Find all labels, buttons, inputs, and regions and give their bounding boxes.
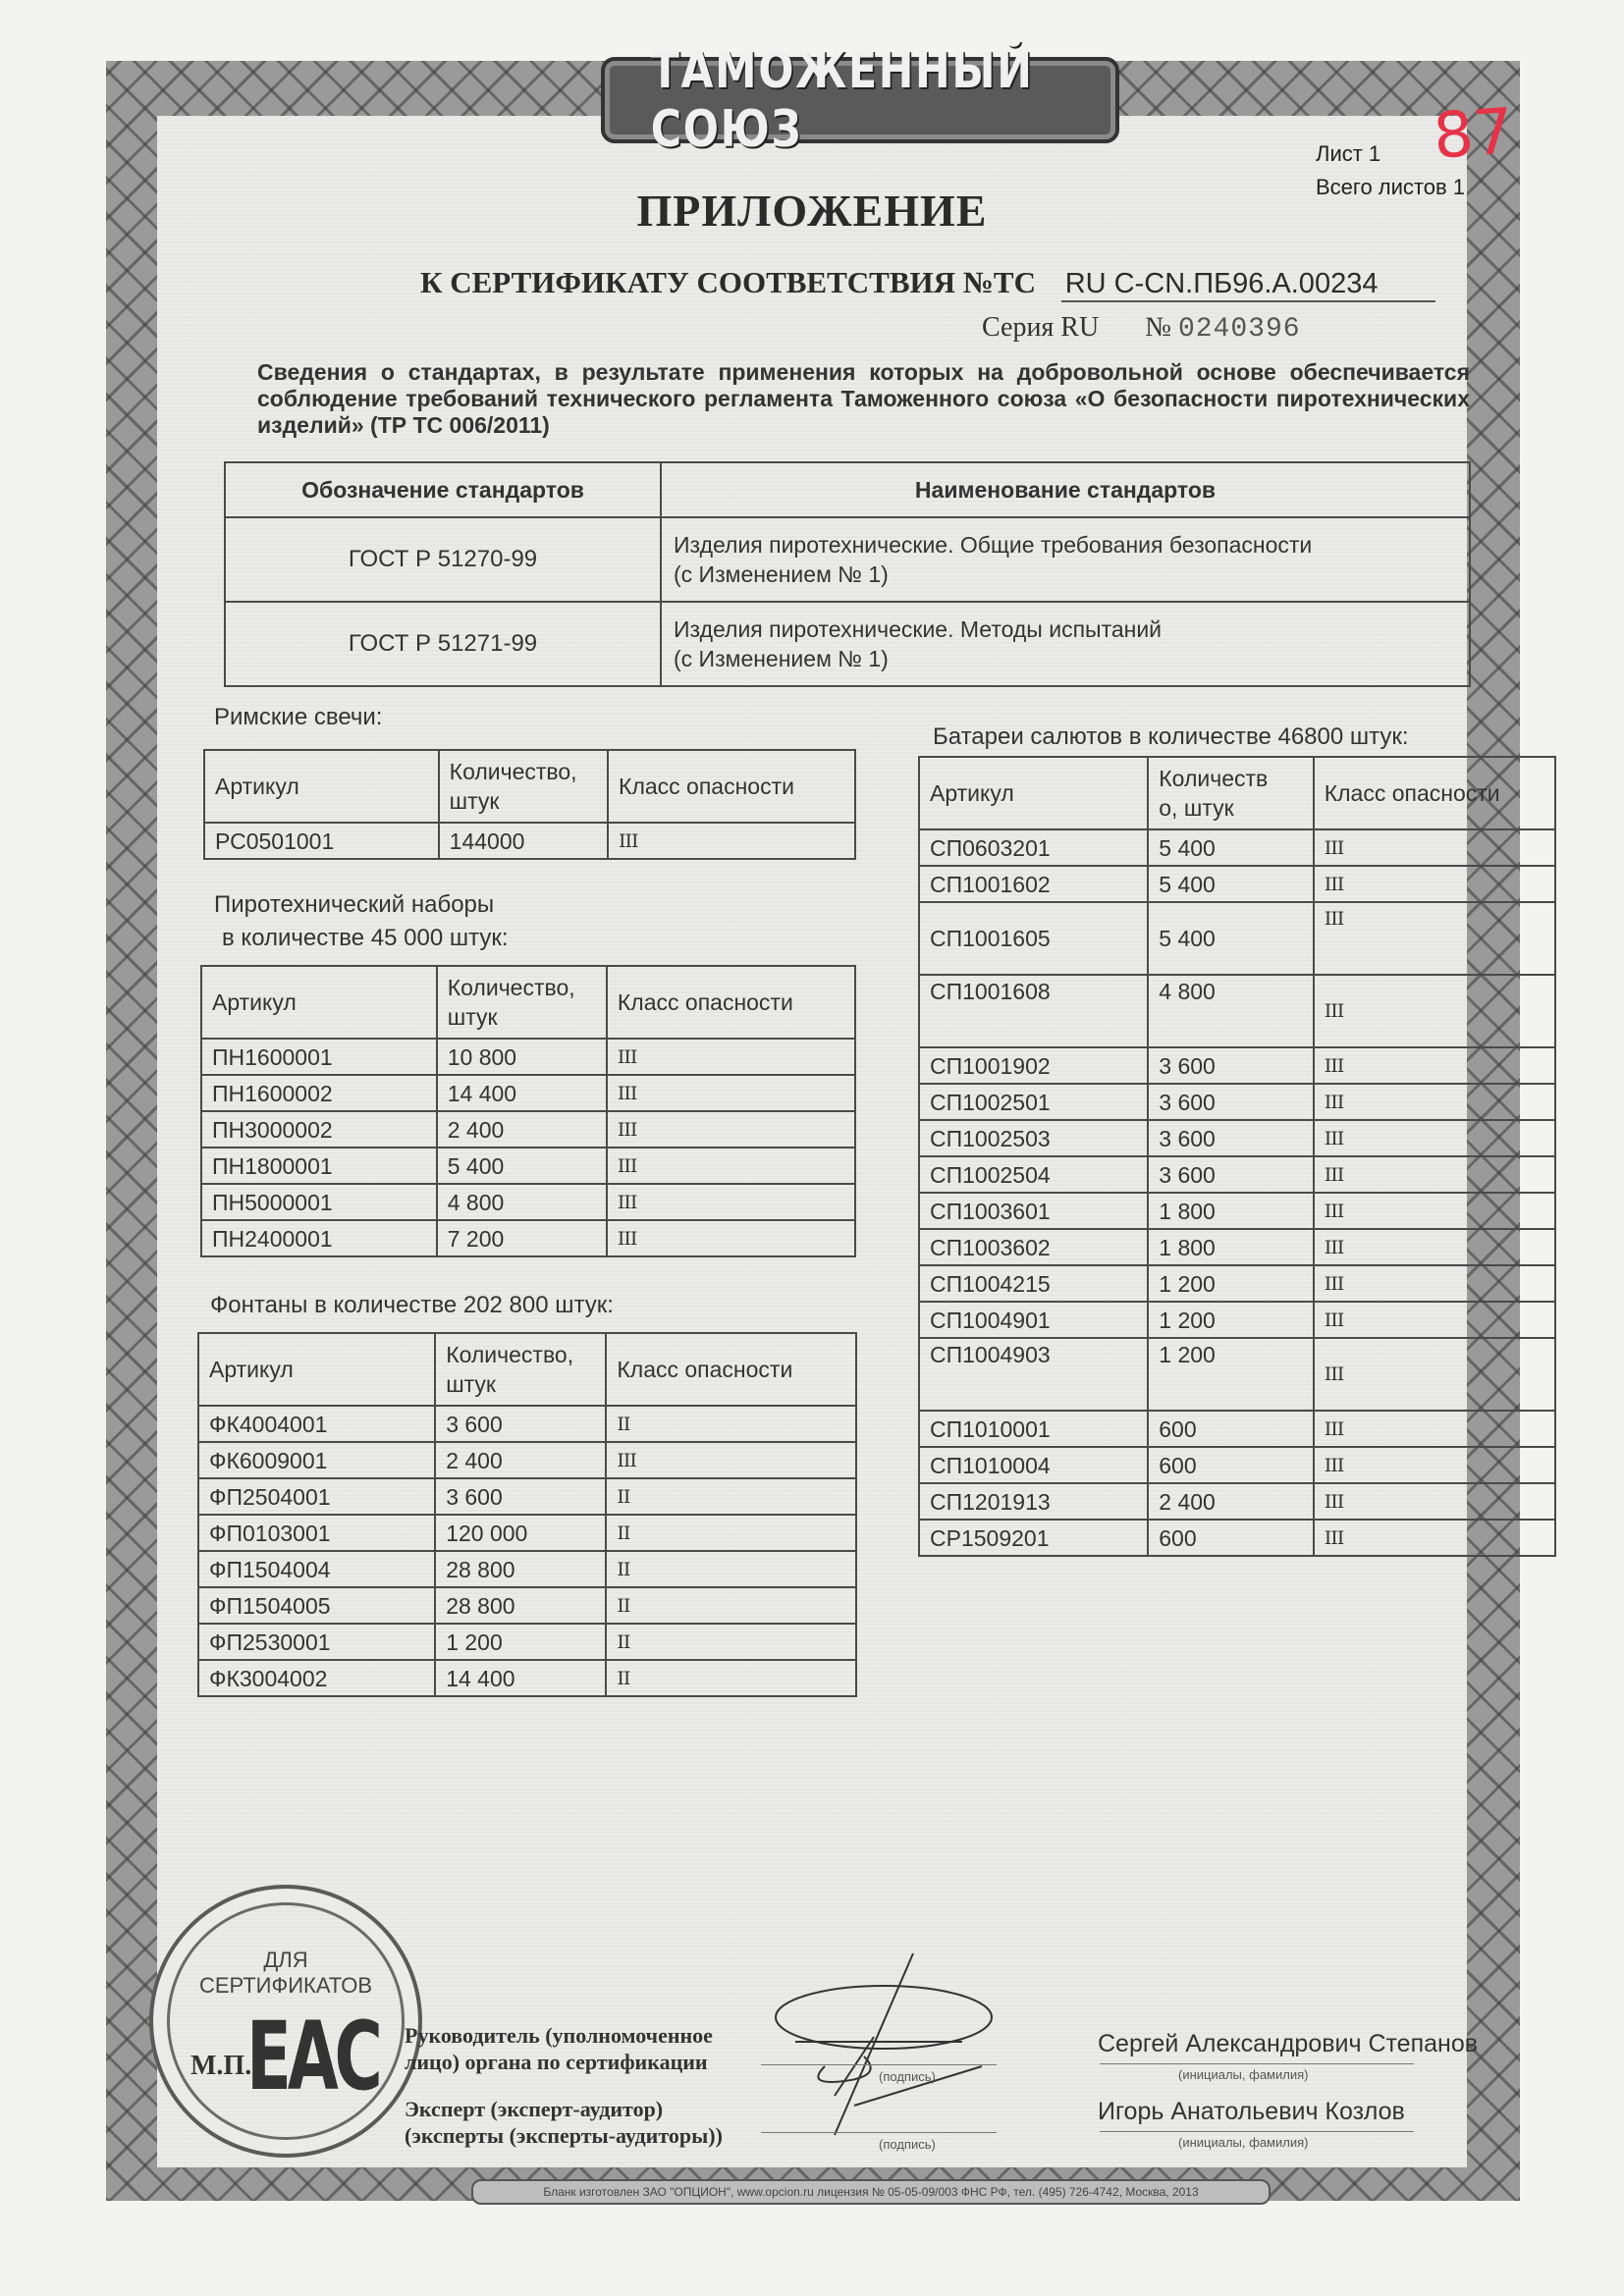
table-row: СП10016084 800III <box>919 975 1555 1047</box>
article-cell: СП1001605 <box>919 902 1148 975</box>
table-row: ФП150400528 800II <box>198 1587 856 1624</box>
table-row: СП10016025 400III <box>919 866 1555 902</box>
series-no-label: № <box>1145 312 1171 343</box>
article-cell: ФП1504005 <box>198 1587 435 1624</box>
quantity-cell: 5 400 <box>437 1148 607 1184</box>
col-header-article: Артикул <box>198 1333 435 1406</box>
head-signature-line <box>761 2064 997 2065</box>
standard-code: ГОСТ Р 51270-99 <box>225 517 661 602</box>
col-header-article: Артикул <box>204 750 439 823</box>
table-row: ФП150400428 800II <box>198 1551 856 1587</box>
col-header-code: Обозначение стандартов <box>225 462 661 517</box>
table-row: СП12019132 400III <box>919 1483 1555 1520</box>
hazard-class-cell: III <box>606 1442 856 1478</box>
standard-name-line: Изделия пиротехнические. Методы испытани… <box>674 614 1468 644</box>
col-header-class: Класс опасности <box>1314 757 1555 829</box>
sets-title-line2: в количестве 45 000 штук: <box>214 922 509 955</box>
quantity-cell: 1 800 <box>1148 1193 1313 1229</box>
article-cell: СП1003601 <box>919 1193 1148 1229</box>
article-cell: СП1001608 <box>919 975 1148 1047</box>
table-row: СП10049031 200III <box>919 1338 1555 1411</box>
quantity-cell: 4 800 <box>1148 975 1313 1047</box>
sets-table: АртикулКоличество,штукКласс опасностиПН1… <box>200 965 856 1257</box>
standard-name: Изделия пиротехнические. Методы испытани… <box>661 602 1470 686</box>
table-row: ПН160000214 400III <box>201 1075 855 1111</box>
table-row: СП10025043 600III <box>919 1156 1555 1193</box>
article-cell: СП1004215 <box>919 1265 1148 1302</box>
article-cell: СП1002504 <box>919 1156 1148 1193</box>
hazard-class-cell: II <box>606 1406 856 1442</box>
quantity-cell: 5 400 <box>1148 829 1313 866</box>
article-cell: СП1002501 <box>919 1084 1148 1120</box>
hazard-class-cell: II <box>606 1515 856 1551</box>
quantity-cell: 3 600 <box>435 1406 606 1442</box>
col-header-article: Артикул <box>919 757 1148 829</box>
hazard-class-cell: III <box>607 1148 855 1184</box>
series-label: Серия RU <box>982 312 1099 343</box>
quantity-cell: 1 200 <box>1148 1302 1313 1338</box>
handwritten-signature-icon <box>766 1949 1001 2145</box>
standards-table: Обозначение стандартов Наименование стан… <box>224 461 1471 687</box>
col-header-class: Класс опасности <box>608 750 855 823</box>
badge-text: ТАМОЖЕННЫЙ СОЮЗ <box>651 41 1069 159</box>
table-row: СП10019023 600III <box>919 1047 1555 1084</box>
quantity-cell: 1 200 <box>435 1624 606 1660</box>
table-row: СП10036021 800III <box>919 1229 1555 1265</box>
quantity-cell: 3 600 <box>1148 1156 1313 1193</box>
table-row: СП10025013 600III <box>919 1084 1555 1120</box>
hazard-class-cell: II <box>606 1551 856 1587</box>
article-cell: ПН2400001 <box>201 1220 437 1256</box>
table-row: СП10025033 600III <box>919 1120 1555 1156</box>
expert-role-line1: Эксперт (эксперт-аудитор) <box>405 2096 723 2122</box>
quantity-cell: 10 800 <box>437 1039 607 1075</box>
expert-initials-label: (инициалы, фамилия) <box>1178 2135 1308 2150</box>
table-row: ФК40040013 600II <box>198 1406 856 1442</box>
table-row: СП10042151 200III <box>919 1265 1555 1302</box>
eac-mark-icon: ЕАС <box>246 2002 379 2111</box>
table-row: ФК60090012 400III <box>198 1442 856 1478</box>
fountains-title: Фонтаны в количестве 202 800 штук: <box>210 1289 614 1322</box>
table-row: СР1509201600III <box>919 1520 1555 1556</box>
table-row: СП06032015 400III <box>919 829 1555 866</box>
quantity-cell: 3 600 <box>1148 1047 1313 1084</box>
stamp-mp: М.П. <box>190 2051 251 2082</box>
quantity-cell: 1 800 <box>1148 1229 1313 1265</box>
roman-candles-title: Римские свечи: <box>214 701 382 734</box>
article-cell: ФП2530001 <box>198 1624 435 1660</box>
expert-name-line <box>1100 2131 1414 2132</box>
table-row: СП10049011 200III <box>919 1302 1555 1338</box>
table-row: ПН18000015 400III <box>201 1148 855 1184</box>
article-cell: СР1509201 <box>919 1520 1148 1556</box>
cert-no-prefix: №ТС <box>963 265 1036 299</box>
hazard-class-cell: III <box>1314 1411 1555 1447</box>
article-cell: СП1201913 <box>919 1483 1148 1520</box>
table-row: СП1010004600III <box>919 1447 1555 1483</box>
cert-number: RU C-CN.ПБ96.А.00234 <box>1061 268 1435 302</box>
col-header-quantity: Количество, штук <box>1148 757 1313 829</box>
handwritten-page-mark: 87 <box>1432 95 1516 174</box>
customs-union-badge: ТАМОЖЕННЫЙ СОЮЗ <box>601 57 1119 143</box>
col-header-quantity: Количество,штук <box>437 966 607 1039</box>
table-row: СП10016055 400III <box>919 902 1555 975</box>
col-header-quantity: Количество,штук <box>435 1333 606 1406</box>
quantity-cell: 600 <box>1148 1447 1313 1483</box>
article-cell: СП1010004 <box>919 1447 1148 1483</box>
quantity-cell: 14 400 <box>437 1075 607 1111</box>
article-cell: ПН3000002 <box>201 1111 437 1148</box>
hazard-class-cell: III <box>1314 1483 1555 1520</box>
fountains-table: АртикулКоличество,штукКласс опасностиФК4… <box>197 1332 857 1697</box>
quantity-cell: 1 200 <box>1148 1338 1313 1411</box>
page-title: ПРИЛОЖЕНИЕ <box>0 185 1624 237</box>
stamp-line1: ДЛЯ <box>153 1948 418 1973</box>
article-cell: РС0501001 <box>204 823 439 859</box>
hazard-class-cell: II <box>606 1587 856 1624</box>
stamp-text: ДЛЯ СЕРТИФИКАТОВ <box>153 1948 418 1999</box>
hazard-class-cell: II <box>606 1624 856 1660</box>
article-cell: ФП2504001 <box>198 1478 435 1515</box>
table-row: ГОСТ Р 51271-99 Изделия пиротехнические.… <box>225 602 1470 686</box>
quantity-cell: 3 600 <box>1148 1120 1313 1156</box>
table-row: СП1010001600III <box>919 1411 1555 1447</box>
article-cell: ПН1600002 <box>201 1075 437 1111</box>
hazard-class-cell: III <box>607 1220 855 1256</box>
quantity-cell: 144000 <box>439 823 608 859</box>
article-cell: СП1002503 <box>919 1120 1148 1156</box>
quantity-cell: 5 400 <box>1148 866 1313 902</box>
hazard-class-cell: III <box>607 1075 855 1111</box>
table-row: ФП25300011 200II <box>198 1624 856 1660</box>
quantity-cell: 14 400 <box>435 1660 606 1696</box>
expert-name: Игорь Анатольевич Козлов <box>1098 2098 1405 2126</box>
expert-signature-line <box>761 2132 997 2133</box>
hazard-class-cell: III <box>607 1039 855 1075</box>
quantity-cell: 7 200 <box>437 1220 607 1256</box>
col-header-class: Класс опасности <box>606 1333 856 1406</box>
roman-candles-table: АртикулКоличество,штукКласс опасностиРС0… <box>203 749 856 860</box>
head-name: Сергей Александрович Степанов <box>1098 2030 1478 2058</box>
article-cell: ФК3004002 <box>198 1660 435 1696</box>
quantity-cell: 28 800 <box>435 1587 606 1624</box>
series-number: 0240396 <box>1178 314 1301 345</box>
quantity-cell: 2 400 <box>1148 1483 1313 1520</box>
table-row: ПН30000022 400III <box>201 1111 855 1148</box>
cert-label: К СЕРТИФИКАТУ СООТВЕТСТВИЯ <box>420 265 955 299</box>
hazard-class-cell: III <box>607 1111 855 1148</box>
quantity-cell: 4 800 <box>437 1184 607 1220</box>
article-cell: СП1010001 <box>919 1411 1148 1447</box>
hazard-class-cell: II <box>606 1478 856 1515</box>
hazard-class-cell: III <box>1314 902 1555 975</box>
article-cell: СП1001602 <box>919 866 1148 902</box>
quantity-cell: 3 600 <box>435 1478 606 1515</box>
hazard-class-cell: III <box>1314 866 1555 902</box>
standard-amendment: (с Изменением № 1) <box>674 644 1468 673</box>
article-cell: ФП0103001 <box>198 1515 435 1551</box>
sets-title-line1: Пиротехнический наборы <box>214 888 509 922</box>
hazard-class-cell: III <box>1314 1084 1555 1120</box>
hazard-class-cell: III <box>1314 1047 1555 1084</box>
table-row: ПН160000110 800III <box>201 1039 855 1075</box>
table-row: РС0501001144000III <box>204 823 855 859</box>
table-row: ПН50000014 800III <box>201 1184 855 1220</box>
head-name-line <box>1100 2063 1414 2064</box>
article-cell: ФК4004001 <box>198 1406 435 1442</box>
head-role-line1: Руководитель (уполномоченное <box>405 2022 713 2049</box>
hazard-class-cell: III <box>1314 975 1555 1047</box>
col-header-quantity: Количество,штук <box>439 750 608 823</box>
expert-role-line2: (эксперты (эксперты-аудиторы)) <box>405 2122 723 2149</box>
hazard-class-cell: III <box>1314 829 1555 866</box>
certificate-line: К СЕРТИФИКАТУ СООТВЕТСТВИЯ №ТС RU C-CN.П… <box>420 265 1435 302</box>
table-row: ФП25040013 600II <box>198 1478 856 1515</box>
expert-role: Эксперт (эксперт-аудитор) (эксперты (экс… <box>405 2096 723 2149</box>
col-header-article: Артикул <box>201 966 437 1039</box>
article-cell: ФК6009001 <box>198 1442 435 1478</box>
quantity-cell: 2 400 <box>437 1111 607 1148</box>
head-initials-label: (инициалы, фамилия) <box>1178 2067 1308 2082</box>
hazard-class-cell: III <box>1314 1338 1555 1411</box>
batteries-title: Батареи салютов в количестве 46800 штук: <box>933 721 1409 754</box>
col-header-name: Наименование стандартов <box>661 462 1470 517</box>
quantity-cell: 600 <box>1148 1411 1313 1447</box>
stamp-line2: СЕРТИФИКАТОВ <box>153 1973 418 1999</box>
hazard-class-cell: III <box>1314 1447 1555 1483</box>
intro-paragraph: Сведения о стандартах, в результате прим… <box>257 359 1470 439</box>
table-row: СП10036011 800III <box>919 1193 1555 1229</box>
table-row: ГОСТ Р 51270-99 Изделия пиротехнические.… <box>225 517 1470 602</box>
certification-stamp: ДЛЯ СЕРТИФИКАТОВ М.П. ЕАС <box>149 1885 422 2158</box>
article-cell: СП1001902 <box>919 1047 1148 1084</box>
article-cell: ФП1504004 <box>198 1551 435 1587</box>
hazard-class-cell: III <box>607 1184 855 1220</box>
quantity-cell: 2 400 <box>435 1442 606 1478</box>
quantity-cell: 28 800 <box>435 1551 606 1587</box>
hazard-class-cell: III <box>1314 1229 1555 1265</box>
sets-title: Пиротехнический наборы в количестве 45 0… <box>214 888 509 955</box>
article-cell: СП1004901 <box>919 1302 1148 1338</box>
quantity-cell: 120 000 <box>435 1515 606 1551</box>
head-role: Руководитель (уполномоченное лицо) орган… <box>405 2022 713 2075</box>
standard-amendment: (с Изменением № 1) <box>674 560 1468 589</box>
article-cell: СП0603201 <box>919 829 1148 866</box>
hazard-class-cell: III <box>1314 1120 1555 1156</box>
article-cell: ПН1800001 <box>201 1148 437 1184</box>
hazard-class-cell: III <box>1314 1156 1555 1193</box>
hazard-class-cell: III <box>1314 1193 1555 1229</box>
quantity-cell: 1 200 <box>1148 1265 1313 1302</box>
article-cell: СП1004903 <box>919 1338 1148 1411</box>
standard-name: Изделия пиротехнические. Общие требовани… <box>661 517 1470 602</box>
standard-name-line: Изделия пиротехнические. Общие требовани… <box>674 530 1468 560</box>
table-row: ФП0103001120 000II <box>198 1515 856 1551</box>
table-row: ПН24000017 200III <box>201 1220 855 1256</box>
head-role-line2: лицо) органа по сертификации <box>405 2049 713 2075</box>
quantity-cell: 600 <box>1148 1520 1313 1556</box>
hazard-class-cell: III <box>608 823 855 859</box>
col-header-class: Класс опасности <box>607 966 855 1039</box>
article-cell: ПН1600001 <box>201 1039 437 1075</box>
table-row: ФК300400214 400II <box>198 1660 856 1696</box>
expert-signature-label: (подпись) <box>879 2137 936 2152</box>
quantity-cell: 3 600 <box>1148 1084 1313 1120</box>
form-printer-footer: Бланк изготовлен ЗАО "ОПЦИОН", www.opcio… <box>471 2179 1271 2205</box>
hazard-class-cell: II <box>606 1660 856 1696</box>
hazard-class-cell: III <box>1314 1265 1555 1302</box>
article-cell: ПН5000001 <box>201 1184 437 1220</box>
standard-code: ГОСТ Р 51271-99 <box>225 602 661 686</box>
article-cell: СП1003602 <box>919 1229 1148 1265</box>
hazard-class-cell: III <box>1314 1520 1555 1556</box>
batteries-table: АртикулКоличество, штукКласс опасностиСП… <box>918 756 1556 1557</box>
head-signature-label: (подпись) <box>879 2069 936 2084</box>
hazard-class-cell: III <box>1314 1302 1555 1338</box>
quantity-cell: 5 400 <box>1148 902 1313 975</box>
series-line: Серия RU № 0240396 <box>982 312 1301 345</box>
